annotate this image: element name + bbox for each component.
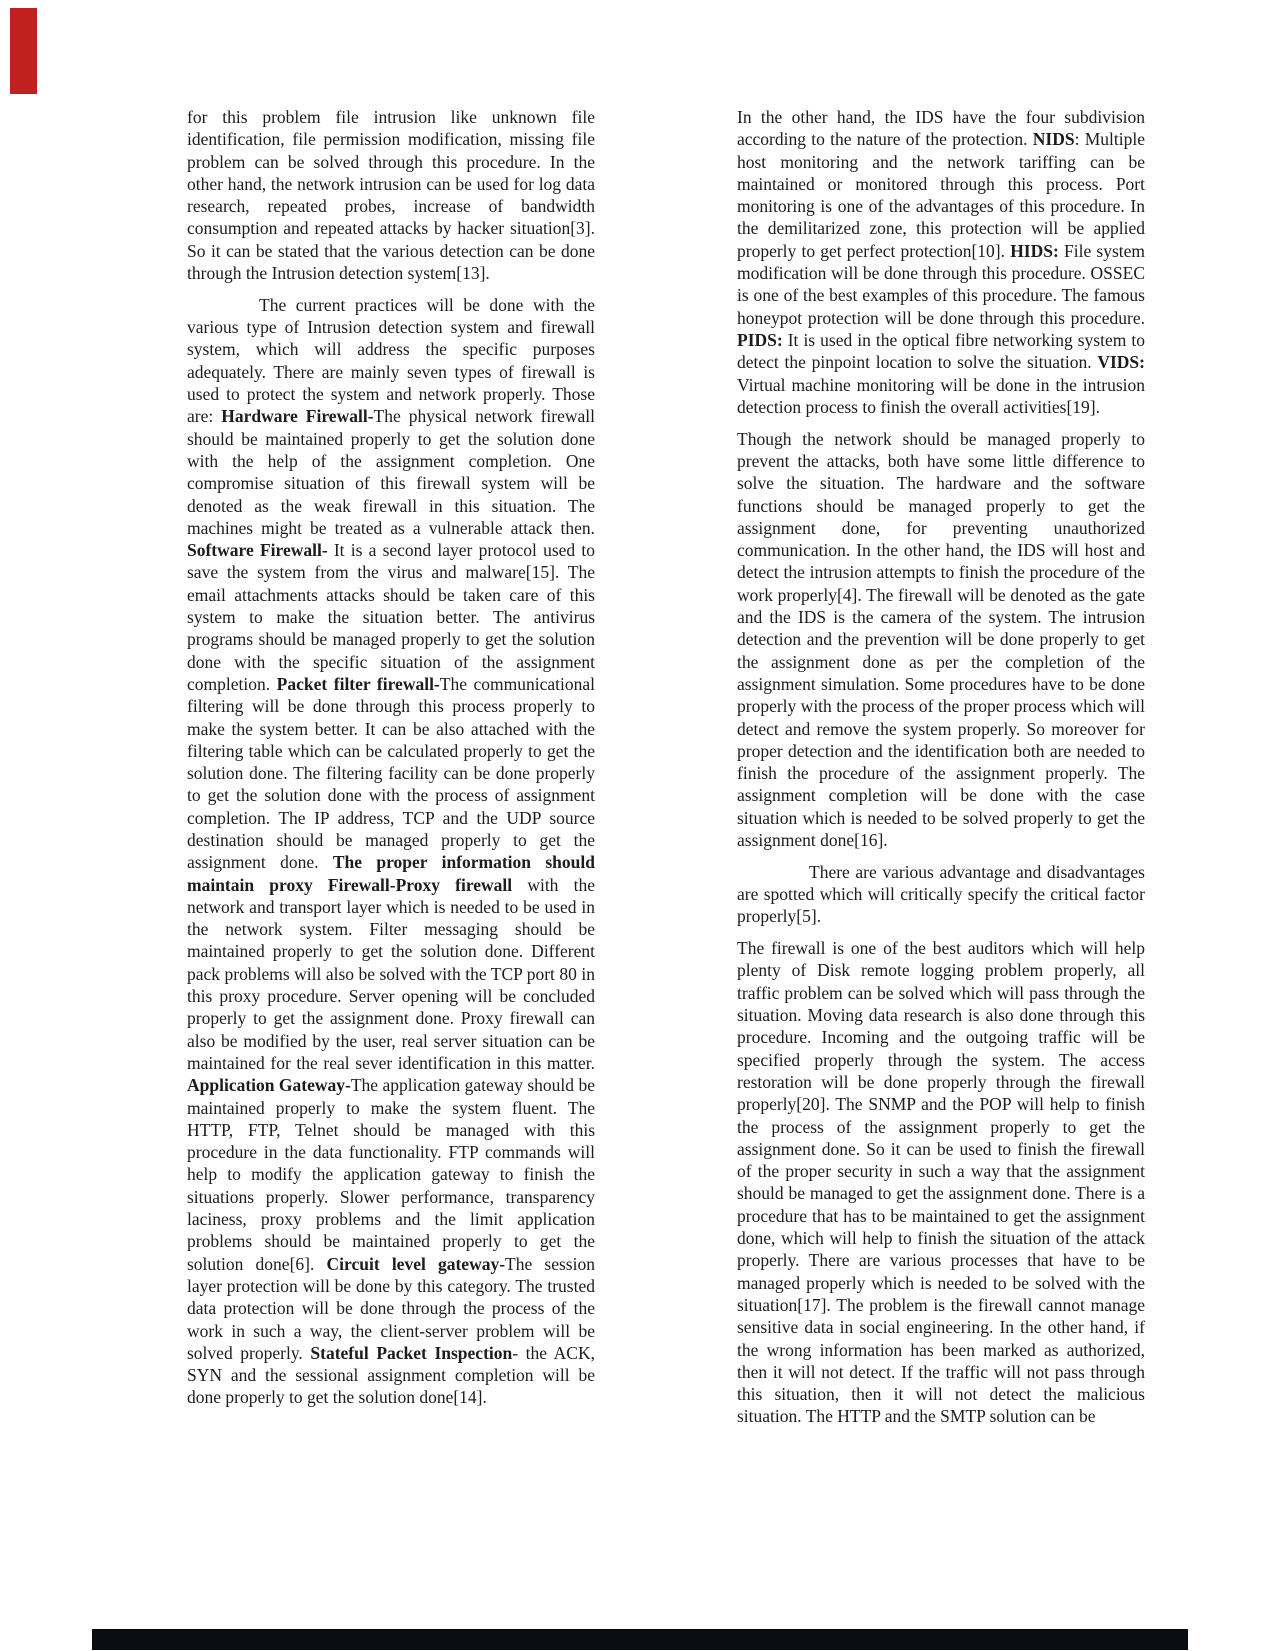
red-corner-mark xyxy=(10,8,37,94)
paragraph: Though the network should be managed pro… xyxy=(737,428,1145,852)
paragraph: In the other hand, the IDS have the four… xyxy=(737,106,1145,418)
document-page: for this problem file intrusion like unk… xyxy=(0,0,1275,1651)
left-column: for this problem file intrusion like unk… xyxy=(187,106,595,1418)
paragraph: The firewall is one of the best auditors… xyxy=(737,937,1145,1428)
paragraph: The current practices will be done with … xyxy=(187,294,595,1409)
right-column: In the other hand, the IDS have the four… xyxy=(737,106,1145,1437)
paragraph: There are various advantage and disadvan… xyxy=(737,861,1145,928)
paragraph: for this problem file intrusion like unk… xyxy=(187,106,595,284)
bottom-dark-bar xyxy=(92,1629,1188,1650)
